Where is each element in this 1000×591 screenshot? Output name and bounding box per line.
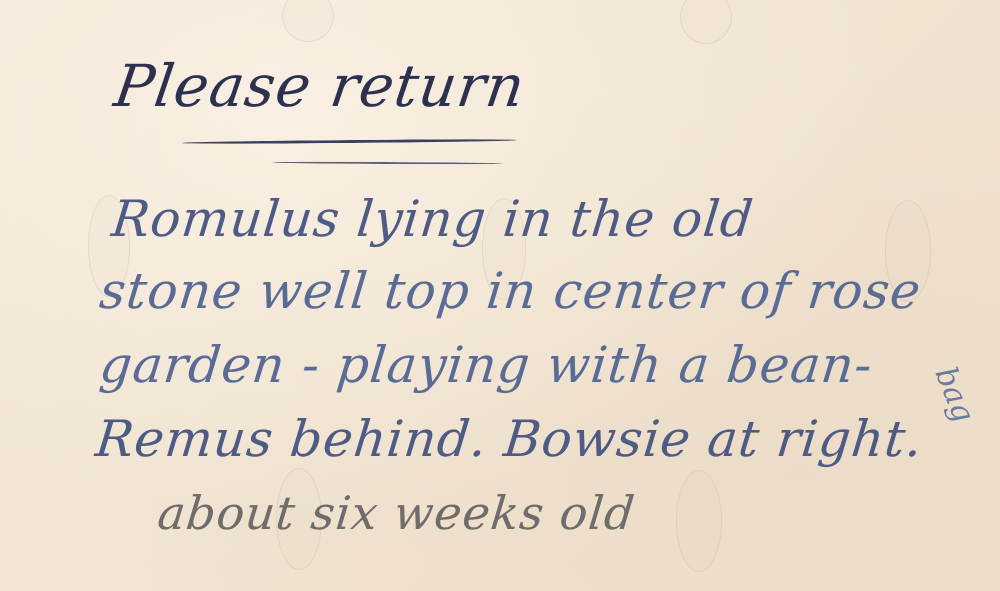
note-margin-word: bag: [928, 362, 982, 427]
note-heading: Please return: [110, 52, 529, 120]
note-line-3: garden - playing with a bean-: [97, 336, 876, 394]
watermark-oval: [680, 0, 732, 44]
heading-underline: [182, 139, 517, 145]
watermark-oval: [282, 0, 334, 42]
heading-underline-2: [272, 161, 502, 164]
watermark-oval: [676, 470, 722, 572]
note-line-2: stone well top in center of rose: [97, 262, 924, 320]
note-line-1: Romulus lying in the old: [109, 190, 757, 248]
pencil-note: about six weeks old: [155, 486, 638, 540]
note-line-4: Remus behind. Bowsie at right.: [93, 410, 926, 468]
handwritten-note-card: Please return Romulus lying in the old s…: [0, 0, 1000, 591]
